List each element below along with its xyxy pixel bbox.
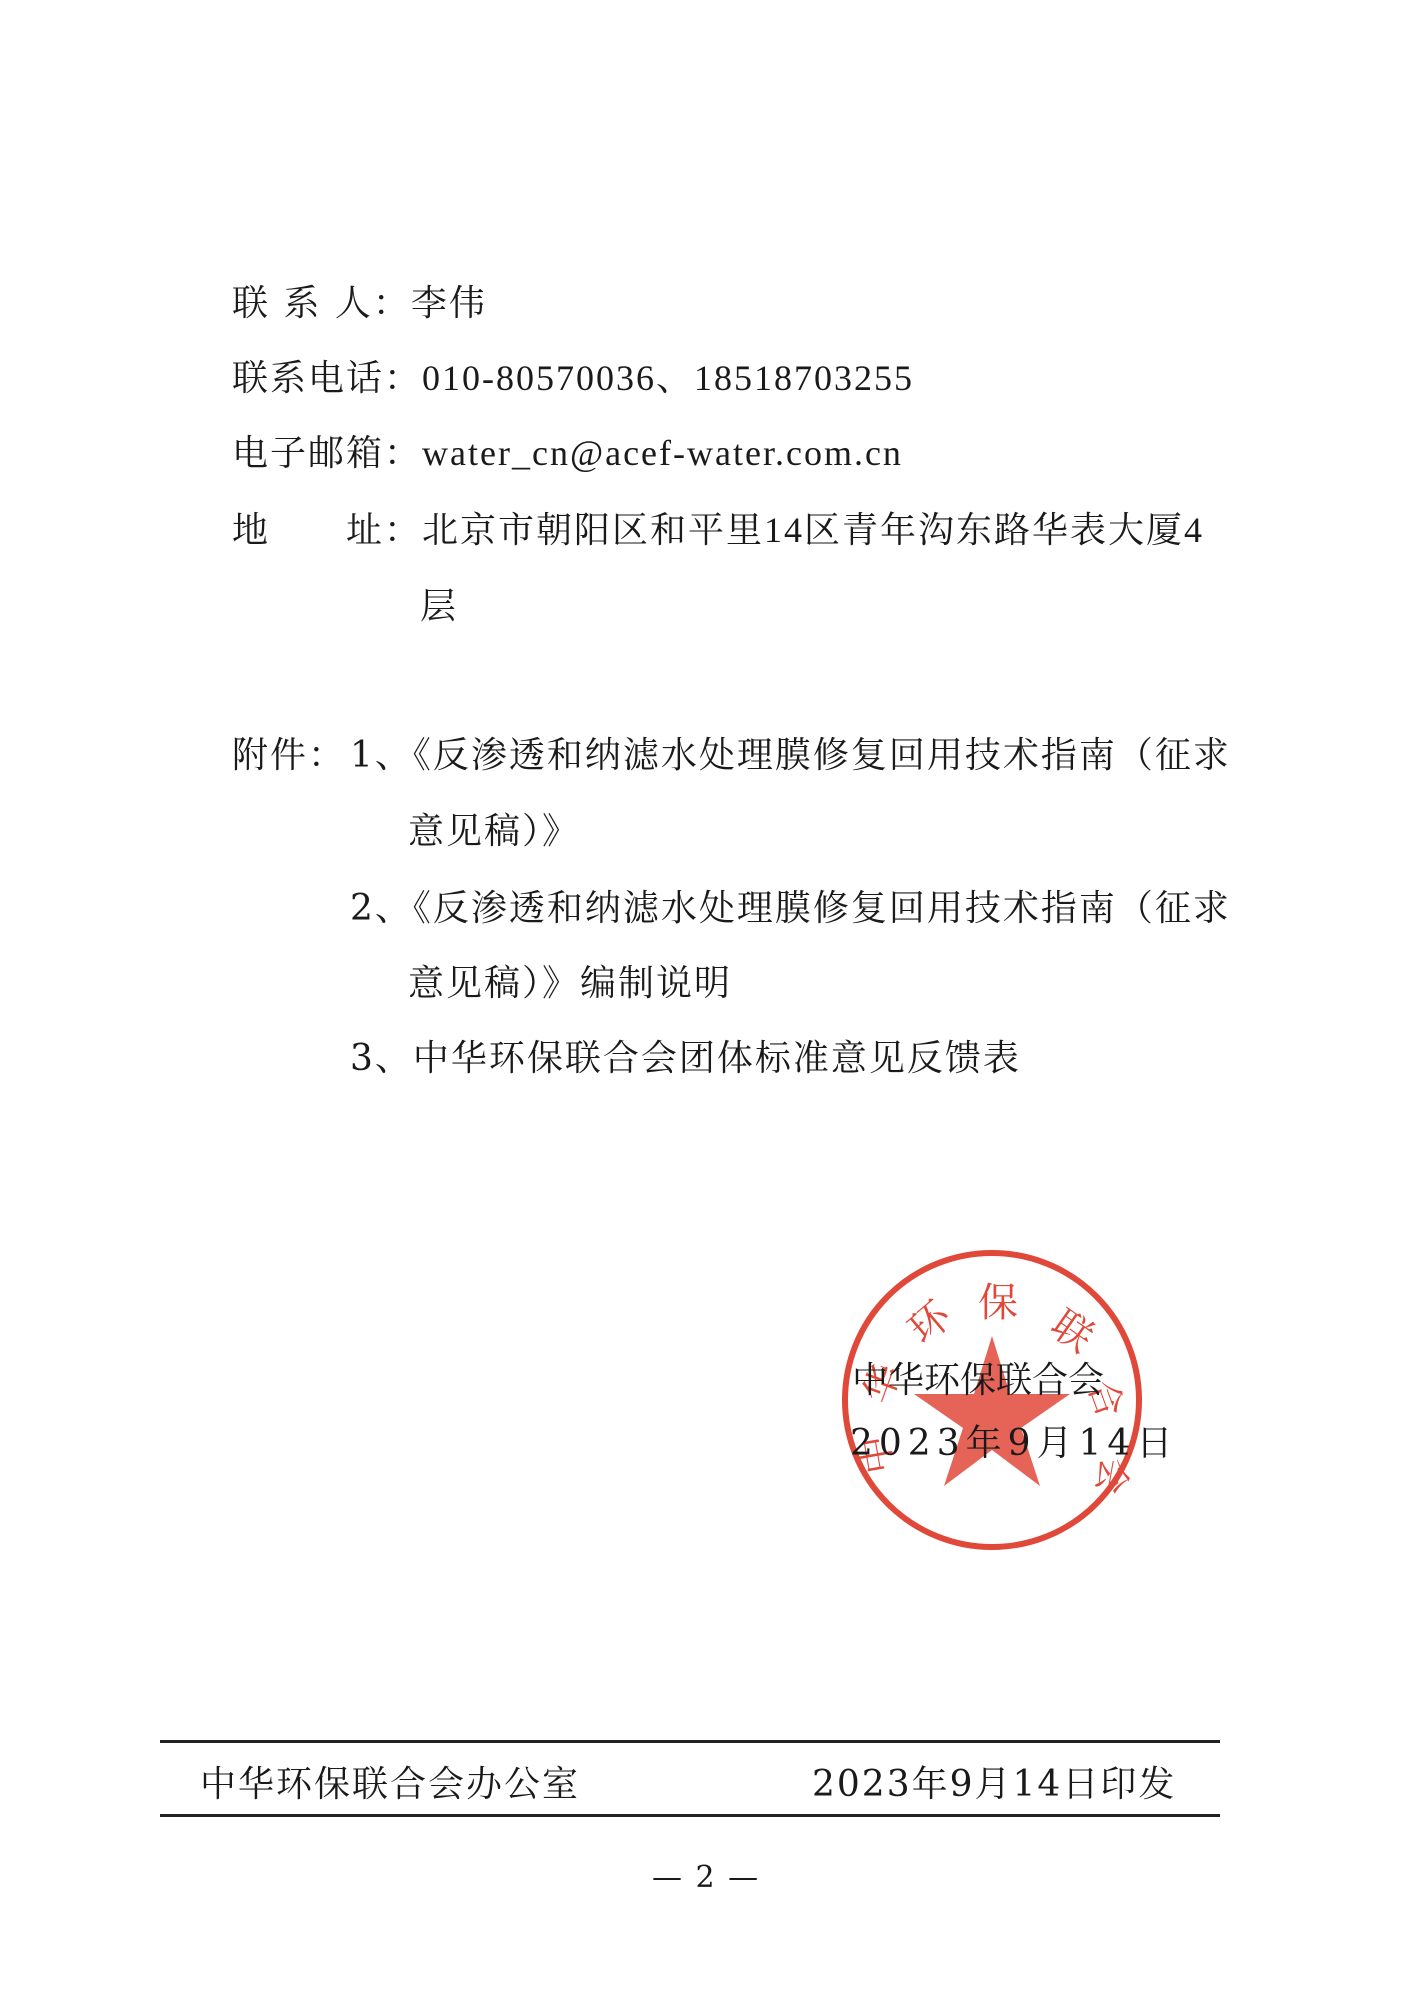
footer-bottom-rule: [160, 1814, 1220, 1817]
signature-date: 2023年9月14日: [850, 1415, 1178, 1466]
contact-phone-label: 联系电话：: [232, 350, 422, 401]
attachment-item-2-continuation: 意见稿）》编制说明: [408, 955, 732, 1006]
attachment-item-3: 3、中华环保联合会团体标准意见反馈表: [350, 1030, 1021, 1081]
svg-text:环: 环: [900, 1292, 961, 1354]
svg-text:保: 保: [978, 1280, 1018, 1326]
footer-issue-date: 2023年9月14日印发: [812, 1756, 1176, 1807]
contact-address-value-line1: 北京市朝阳区和平里14区青年沟东路华表大厦4: [422, 510, 1204, 550]
contact-phone-value: 010-80570036、18518703255: [422, 358, 914, 398]
contact-address-value-line2: 层: [420, 586, 458, 627]
contact-email-label: 电子邮箱：: [232, 425, 422, 476]
seal-star-icon: 环 保 联 华 中 合 会: [848, 1256, 1148, 1556]
contact-phone-row: 联系电话：010-80570036、18518703255: [232, 350, 914, 401]
contact-email-value[interactable]: water_cn@acef-water.com.cn: [422, 433, 903, 473]
footer-issuer: 中华环保联合会办公室: [200, 1756, 580, 1807]
attachment-item-1-continuation: 意见稿）》: [408, 803, 580, 854]
attachments-label: 附件：: [232, 727, 346, 778]
contact-address-continuation: 层: [420, 578, 458, 629]
contact-person-label: 联 系 人：: [232, 275, 411, 326]
contact-email-row: 电子邮箱：water_cn@acef-water.com.cn: [232, 425, 903, 476]
attachment-item-2: 2、《反渗透和纳滤水处理膜修复回用技术指南（征求: [350, 880, 1231, 931]
signature-org: 中华环保联合会: [852, 1352, 1104, 1403]
attachment-item-1: 1、《反渗透和纳滤水处理膜修复回用技术指南（征求: [350, 727, 1231, 778]
footer-top-rule: [160, 1740, 1220, 1743]
page-number: — 2 —: [652, 1860, 760, 1895]
contact-person-value: 李伟: [411, 283, 487, 323]
contact-address-label: 地 址：: [232, 502, 422, 553]
contact-person-row: 联 系 人：李伟: [232, 275, 487, 326]
contact-address-row: 地 址：北京市朝阳区和平里14区青年沟东路华表大厦4: [232, 502, 1204, 553]
